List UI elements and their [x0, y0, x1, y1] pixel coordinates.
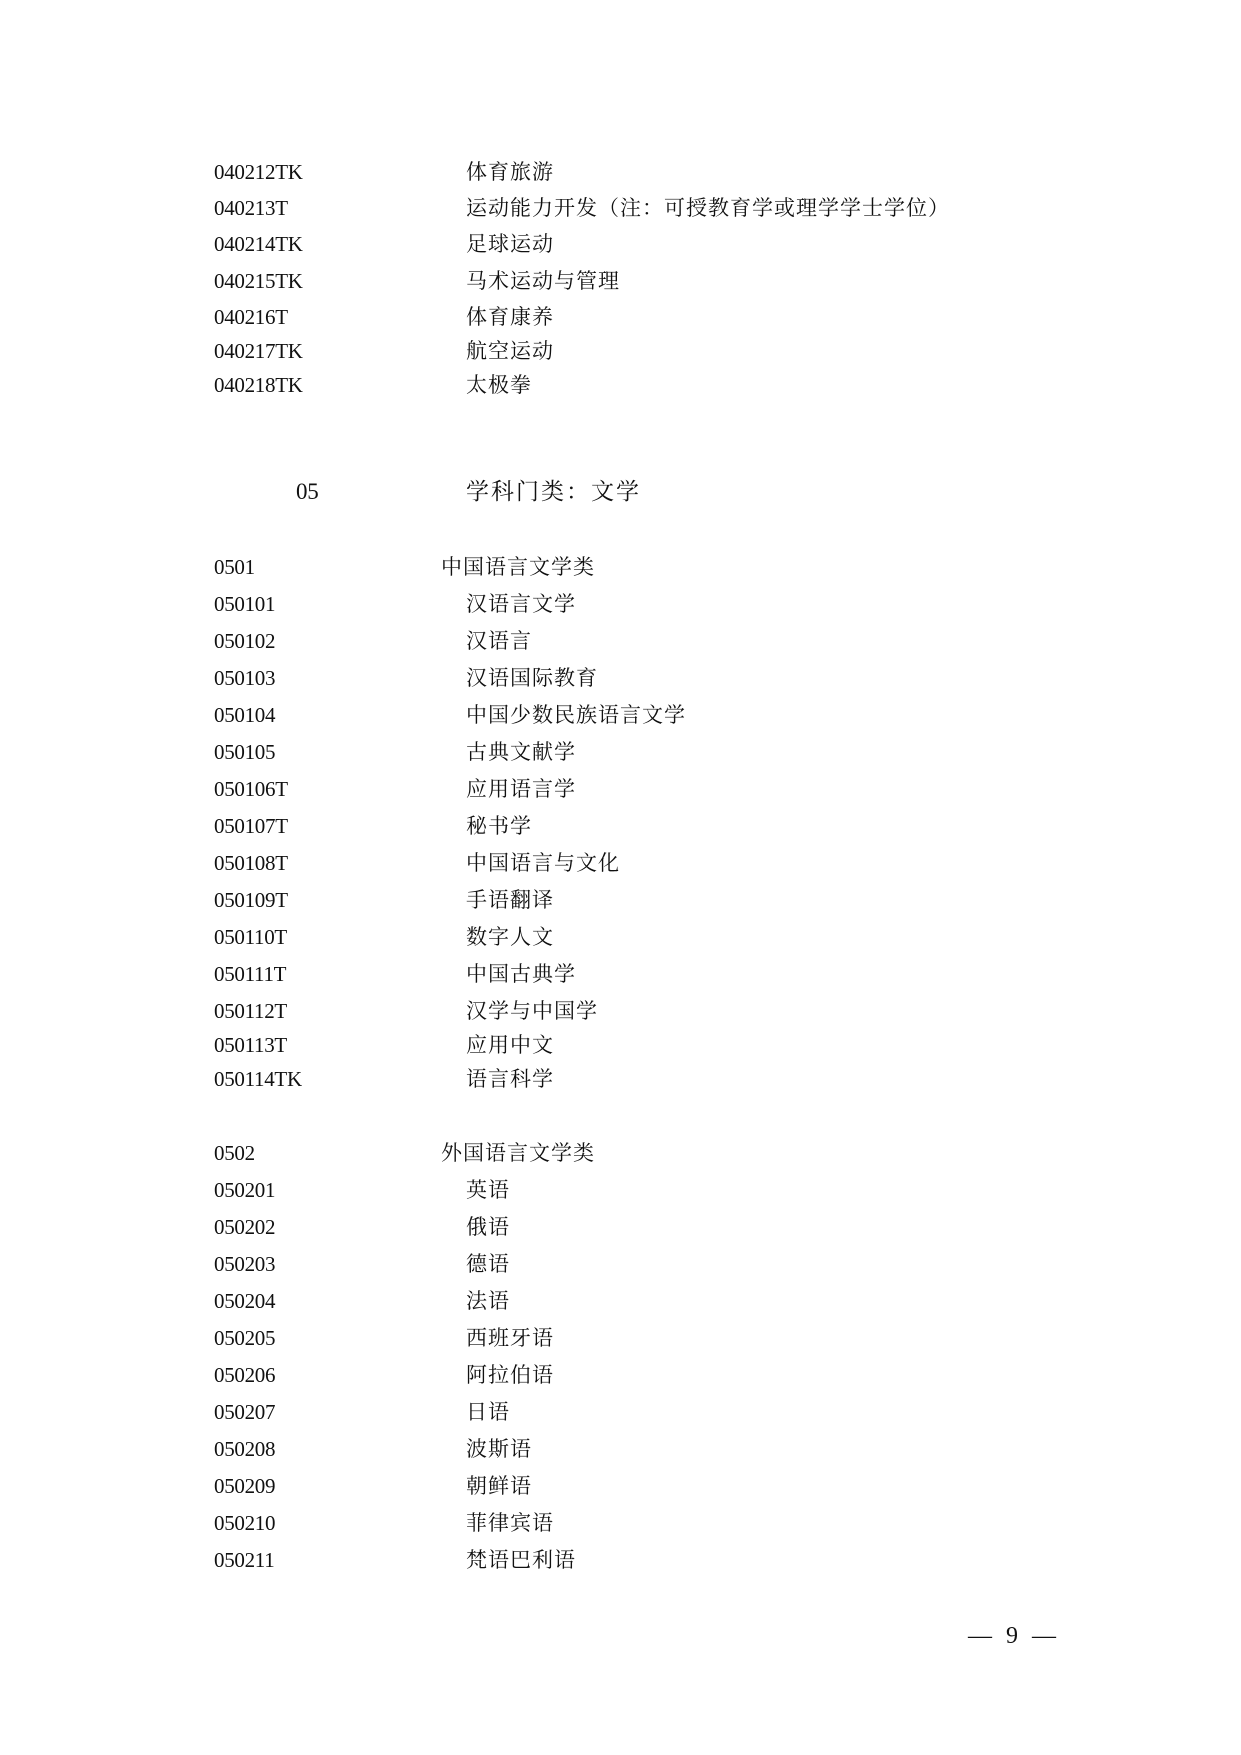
major-code: 050201 — [214, 1175, 275, 1205]
major-name: 体育康养 — [466, 302, 554, 332]
category-code: 05 — [296, 477, 318, 507]
major-code: 050202 — [214, 1212, 275, 1242]
major-name: 马术运动与管理 — [466, 266, 620, 296]
major-name: 汉语国际教育 — [466, 663, 598, 693]
major-code: 050207 — [214, 1397, 275, 1427]
major-code: 050106T — [214, 774, 288, 804]
major-name: 汉语言文学 — [466, 589, 576, 619]
major-name: 体育旅游 — [466, 157, 554, 187]
major-name: 手语翻译 — [466, 885, 554, 915]
major-code: 040214TK — [214, 229, 303, 259]
major-name: 中国少数民族语言文学 — [466, 700, 686, 730]
major-code: 050109T — [214, 885, 288, 915]
major-code: 050110T — [214, 922, 287, 952]
major-name: 俄语 — [466, 1212, 510, 1242]
major-code: 050112T — [214, 996, 287, 1026]
group-name: 中国语言文学类 — [441, 552, 595, 582]
major-code: 050104 — [214, 700, 275, 730]
major-code: 050113T — [214, 1030, 287, 1060]
major-name: 太极拳 — [466, 370, 532, 400]
major-name: 秘书学 — [466, 811, 532, 841]
category-name: 学科门类：文学 — [466, 477, 641, 507]
major-code: 040213T — [214, 193, 288, 223]
major-code: 050211 — [214, 1545, 274, 1575]
major-name: 足球运动 — [466, 229, 554, 259]
major-code: 040212TK — [214, 157, 303, 187]
major-code: 050114TK — [214, 1064, 302, 1094]
major-name: 阿拉伯语 — [466, 1360, 554, 1390]
major-code: 040218TK — [214, 370, 303, 400]
major-name: 中国语言与文化 — [466, 848, 620, 878]
group-code: 0501 — [214, 552, 255, 582]
major-code: 050205 — [214, 1323, 275, 1353]
major-code: 050101 — [214, 589, 275, 619]
major-name: 数字人文 — [466, 922, 554, 952]
major-code: 050204 — [214, 1286, 275, 1316]
major-code: 050108T — [214, 848, 288, 878]
major-code: 040215TK — [214, 266, 303, 296]
major-name: 应用语言学 — [466, 774, 576, 804]
major-name: 菲律宾语 — [466, 1508, 554, 1538]
major-code: 050102 — [214, 626, 275, 656]
major-name: 英语 — [466, 1175, 510, 1205]
major-code: 040216T — [214, 302, 288, 332]
major-name: 中国古典学 — [466, 959, 576, 989]
major-name: 德语 — [466, 1249, 510, 1279]
major-code: 050209 — [214, 1471, 275, 1501]
major-name: 语言科学 — [466, 1064, 554, 1094]
group-code: 0502 — [214, 1138, 255, 1168]
major-name: 波斯语 — [466, 1434, 532, 1464]
major-name: 应用中文 — [466, 1030, 554, 1060]
major-code: 050208 — [214, 1434, 275, 1464]
page-number: — 9 — — [968, 1623, 1060, 1650]
major-code: 050105 — [214, 737, 275, 767]
major-code: 050203 — [214, 1249, 275, 1279]
major-code: 050210 — [214, 1508, 275, 1538]
major-code: 040217TK — [214, 336, 303, 366]
major-name: 航空运动 — [466, 336, 554, 366]
major-code: 050103 — [214, 663, 275, 693]
major-code: 050111T — [214, 959, 286, 989]
major-name: 汉语言 — [466, 626, 532, 656]
group-name: 外国语言文学类 — [441, 1138, 595, 1168]
major-code: 050107T — [214, 811, 288, 841]
major-name: 梵语巴利语 — [466, 1545, 576, 1575]
major-name: 汉学与中国学 — [466, 996, 598, 1026]
major-name: 朝鲜语 — [466, 1471, 532, 1501]
major-code: 050206 — [214, 1360, 275, 1390]
major-name: 法语 — [466, 1286, 510, 1316]
major-name: 西班牙语 — [466, 1323, 554, 1353]
major-name: 运动能力开发（注：可授教育学或理学学士学位） — [466, 193, 950, 223]
major-name: 古典文献学 — [466, 737, 576, 767]
major-name: 日语 — [466, 1397, 510, 1427]
